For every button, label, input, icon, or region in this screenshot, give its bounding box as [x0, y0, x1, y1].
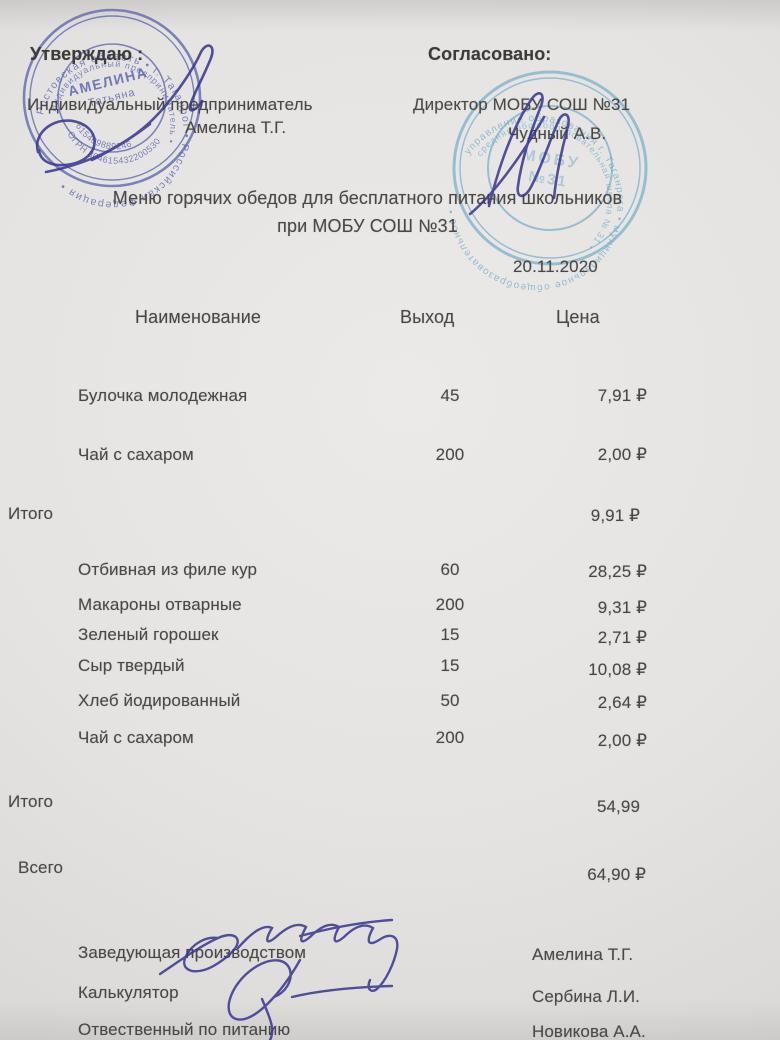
- dish-name: Чай с сахаром: [78, 728, 194, 748]
- dish-price: 2,00 ₽: [545, 731, 647, 751]
- dish-price: 2,00 ₽: [545, 445, 647, 465]
- dish-output: 15: [406, 625, 494, 645]
- signatory-role: Отвественный по питанию: [78, 1020, 290, 1040]
- dish-output: 15: [406, 656, 494, 676]
- document-date: 20.11.2020: [513, 257, 598, 277]
- dish-output: 200: [406, 445, 494, 465]
- dish-name: Хлеб йодированный: [78, 691, 240, 711]
- dish-output: 200: [406, 595, 494, 615]
- agree-signer-name: Чудный А.В.: [508, 124, 606, 144]
- subtotal-label: Итого: [8, 792, 53, 812]
- agree-line1: Директор МОБУ СОШ №31: [413, 95, 630, 115]
- dish-name: Сыр твердый: [78, 656, 185, 676]
- agree-heading: Согласовано:: [428, 44, 551, 65]
- dish-name: Отбивная из филе кур: [78, 560, 257, 580]
- signatory-name: Сербина Л.И.: [532, 987, 640, 1007]
- dish-output: 50: [406, 691, 494, 711]
- signatory-role: Калькулятор: [78, 983, 179, 1003]
- subtotal-value: 54,99: [530, 797, 640, 817]
- dish-output: 60: [406, 560, 494, 580]
- document-title-line1: Меню горячих обедов для бесплатного пита…: [60, 188, 675, 209]
- dish-price: 2,64 ₽: [545, 693, 647, 713]
- column-header-name: Наименование: [135, 307, 261, 328]
- dish-price: 28,25 ₽: [545, 562, 647, 582]
- grand-total-value: 64,90 ₽: [536, 865, 646, 885]
- subtotal-label: Итого: [8, 504, 53, 524]
- dish-output: 200: [406, 728, 494, 748]
- signatory-role: Заведующая производством: [78, 943, 306, 963]
- signatory-name: Новикова А.А.: [532, 1022, 646, 1040]
- dish-name: Булочка молодежная: [78, 386, 247, 406]
- document-photo: Ростовская область • г. Таганрог • Росси…: [0, 0, 780, 1040]
- signatory-name: Амелина Т.Г.: [532, 945, 633, 965]
- approve-line1: Индивидуальный предприниматель: [27, 95, 313, 115]
- document-title-line2: при МОБУ СОШ №31: [60, 216, 675, 237]
- grand-total-label: Всего: [18, 858, 63, 878]
- dish-output: 45: [406, 386, 494, 406]
- dish-price: 7,91 ₽: [545, 386, 647, 406]
- subtotal-value: 9,91 ₽: [530, 506, 640, 526]
- dish-name: Чай с сахаром: [78, 445, 194, 465]
- dish-price: 10,08 ₽: [545, 660, 647, 680]
- dish-price: 9,31 ₽: [545, 598, 647, 618]
- approve-heading: Утверждаю :: [30, 44, 143, 65]
- approve-signer-name: Амелина Т.Г.: [185, 118, 286, 138]
- column-header-price: Цена: [556, 307, 600, 328]
- column-header-output: Выход: [400, 307, 454, 328]
- dish-name: Макароны отварные: [78, 595, 242, 615]
- dish-price: 2,71 ₽: [545, 628, 647, 648]
- dish-name: Зеленый горошек: [78, 625, 219, 645]
- school-stamp: управление образования г. Таганрога • му…: [431, 49, 669, 287]
